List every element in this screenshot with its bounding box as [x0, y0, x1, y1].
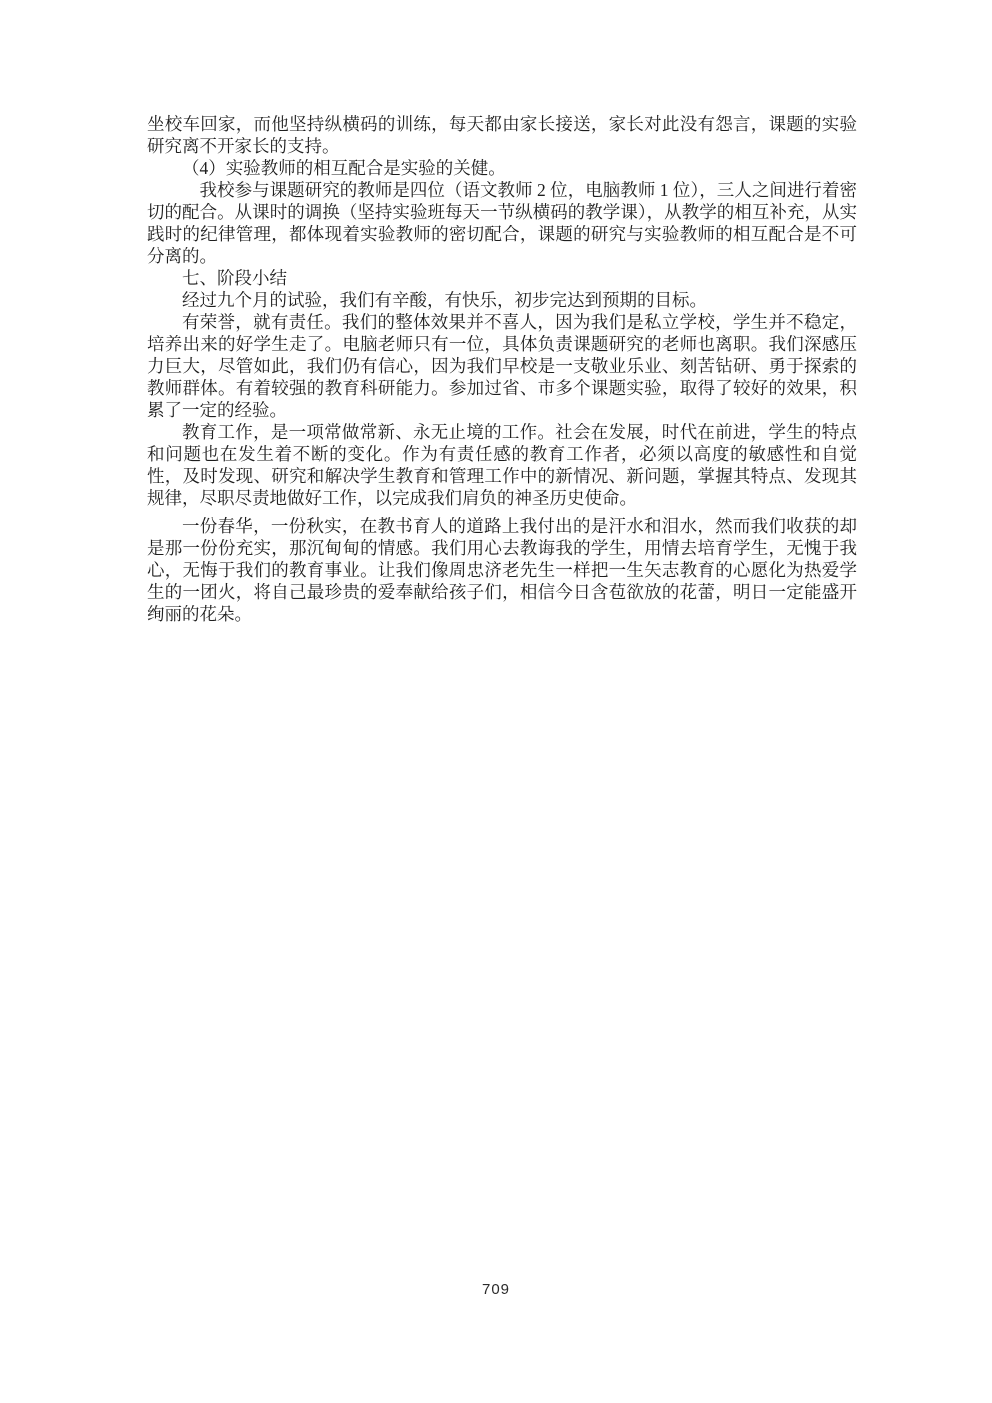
paragraph: 坐校车回家，而他坚持纵横码的训练，每天都由家长接送，家长对此没有怨言，课题的实验… — [147, 113, 857, 157]
paragraph: 一份春华，一份秋实，在教书育人的道路上我付出的是汗水和泪水，然而我们收获的却是那… — [147, 515, 857, 625]
document-body: 坐校车回家，而他坚持纵横码的训练，每天都由家长接送，家长对此没有怨言，课题的实验… — [147, 113, 857, 625]
paragraph: 有荣誉，就有责任。我们的整体效果并不喜人，因为我们是私立学校，学生并不稳定，培养… — [147, 311, 857, 421]
page-number: 709 — [0, 1281, 992, 1298]
paragraph: （4）实验教师的相互配合是实验的关健。 — [147, 157, 857, 179]
section-heading: 七、阶段小结 — [147, 267, 857, 289]
paragraph: 经过九个月的试验，我们有辛酸，有快乐，初步完达到预期的目标。 — [147, 289, 857, 311]
document-page: 坐校车回家，而他坚持纵横码的训练，每天都由家长接送，家长对此没有怨言，课题的实验… — [0, 0, 992, 1403]
paragraph: 我校参与课题研究的教师是四位（语文教师 2 位，电脑教师 1 位），三人之间进行… — [147, 179, 857, 267]
paragraph: 教育工作，是一项常做常新、永无止境的工作。社会在发展，时代在前进，学生的特点和问… — [147, 421, 857, 509]
